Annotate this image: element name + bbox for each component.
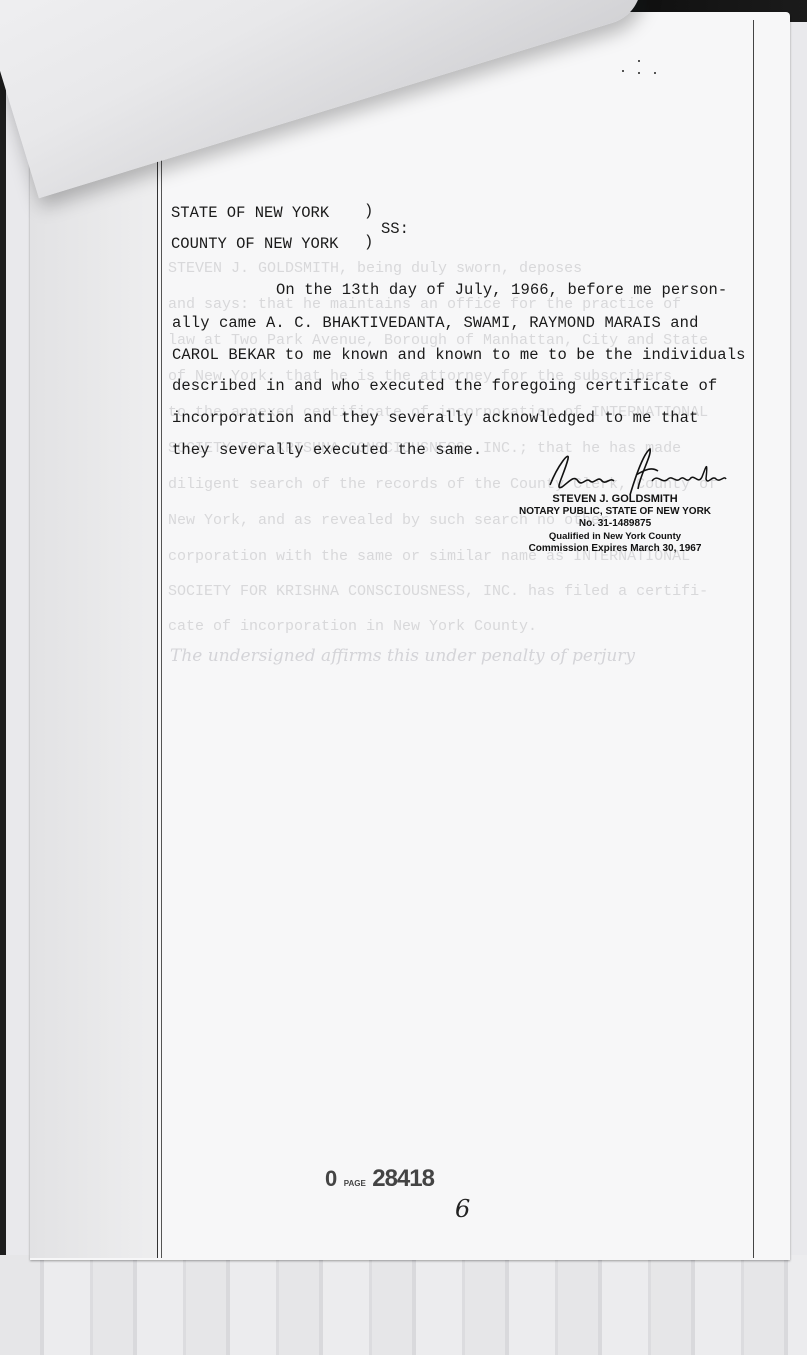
ghost-line: SOCIETY FOR KRISHNA CONSCIOUSNESS, INC. … [168, 583, 708, 600]
notary-title: NOTARY PUBLIC, STATE OF NEW YORK [500, 506, 730, 519]
notary-name: STEVEN J. GOLDSMITH [500, 493, 730, 506]
venue-state: STATE OF NEW YORK [171, 204, 329, 222]
handwritten-page-number: 6 [455, 1195, 470, 1223]
acknowledgment-line: incorporation and they severally acknowl… [172, 409, 698, 427]
scanner-bed [0, 1255, 807, 1355]
notary-expiration: Commission Expires March 30, 1967 [500, 543, 730, 556]
scan-speck [638, 60, 640, 62]
ghost-line: STEVEN J. GOLDSMITH, being duly sworn, d… [168, 260, 582, 277]
venue-county: COUNTY OF NEW YORK [171, 235, 338, 253]
venue-ss: SS: [381, 220, 409, 238]
scan-speck [654, 72, 656, 74]
notary-number: No. 31-1489875 [500, 518, 730, 531]
venue-paren-2: ) [364, 233, 373, 251]
filing-number: 28418 [372, 1165, 434, 1192]
acknowledgment-line: On the 13th day of July, 1966, before me… [276, 281, 727, 299]
left-margin-rule [157, 150, 162, 1258]
notary-qualified: Qualified in New York County [500, 531, 730, 544]
ghost-handwriting: The undersigned affirms this under penal… [170, 646, 635, 666]
filing-prefix: 0 [325, 1166, 337, 1191]
scanner-edge [0, 0, 6, 1355]
right-margin-rule [753, 20, 754, 1258]
filing-stamp: 0 PAGE 28418 [325, 1165, 434, 1193]
acknowledgment-line: described in and who executed the forego… [172, 377, 717, 395]
venue-paren-1: ) [364, 202, 373, 220]
acknowledgment-line: CAROL BEKAR to me known and known to me … [172, 346, 746, 364]
scan-speck [638, 72, 640, 74]
acknowledgment-line: they severally executed the same. [172, 441, 482, 459]
page-left-margin [30, 150, 157, 1258]
ghost-line: cate of incorporation in New York County… [168, 618, 537, 635]
notary-stamp: STEVEN J. GOLDSMITH NOTARY PUBLIC, STATE… [500, 493, 730, 556]
scan-speck [622, 70, 624, 72]
filing-page-label: PAGE [344, 1179, 366, 1188]
acknowledgment-line: ally came A. C. BHAKTIVEDANTA, SWAMI, RA… [172, 314, 698, 332]
